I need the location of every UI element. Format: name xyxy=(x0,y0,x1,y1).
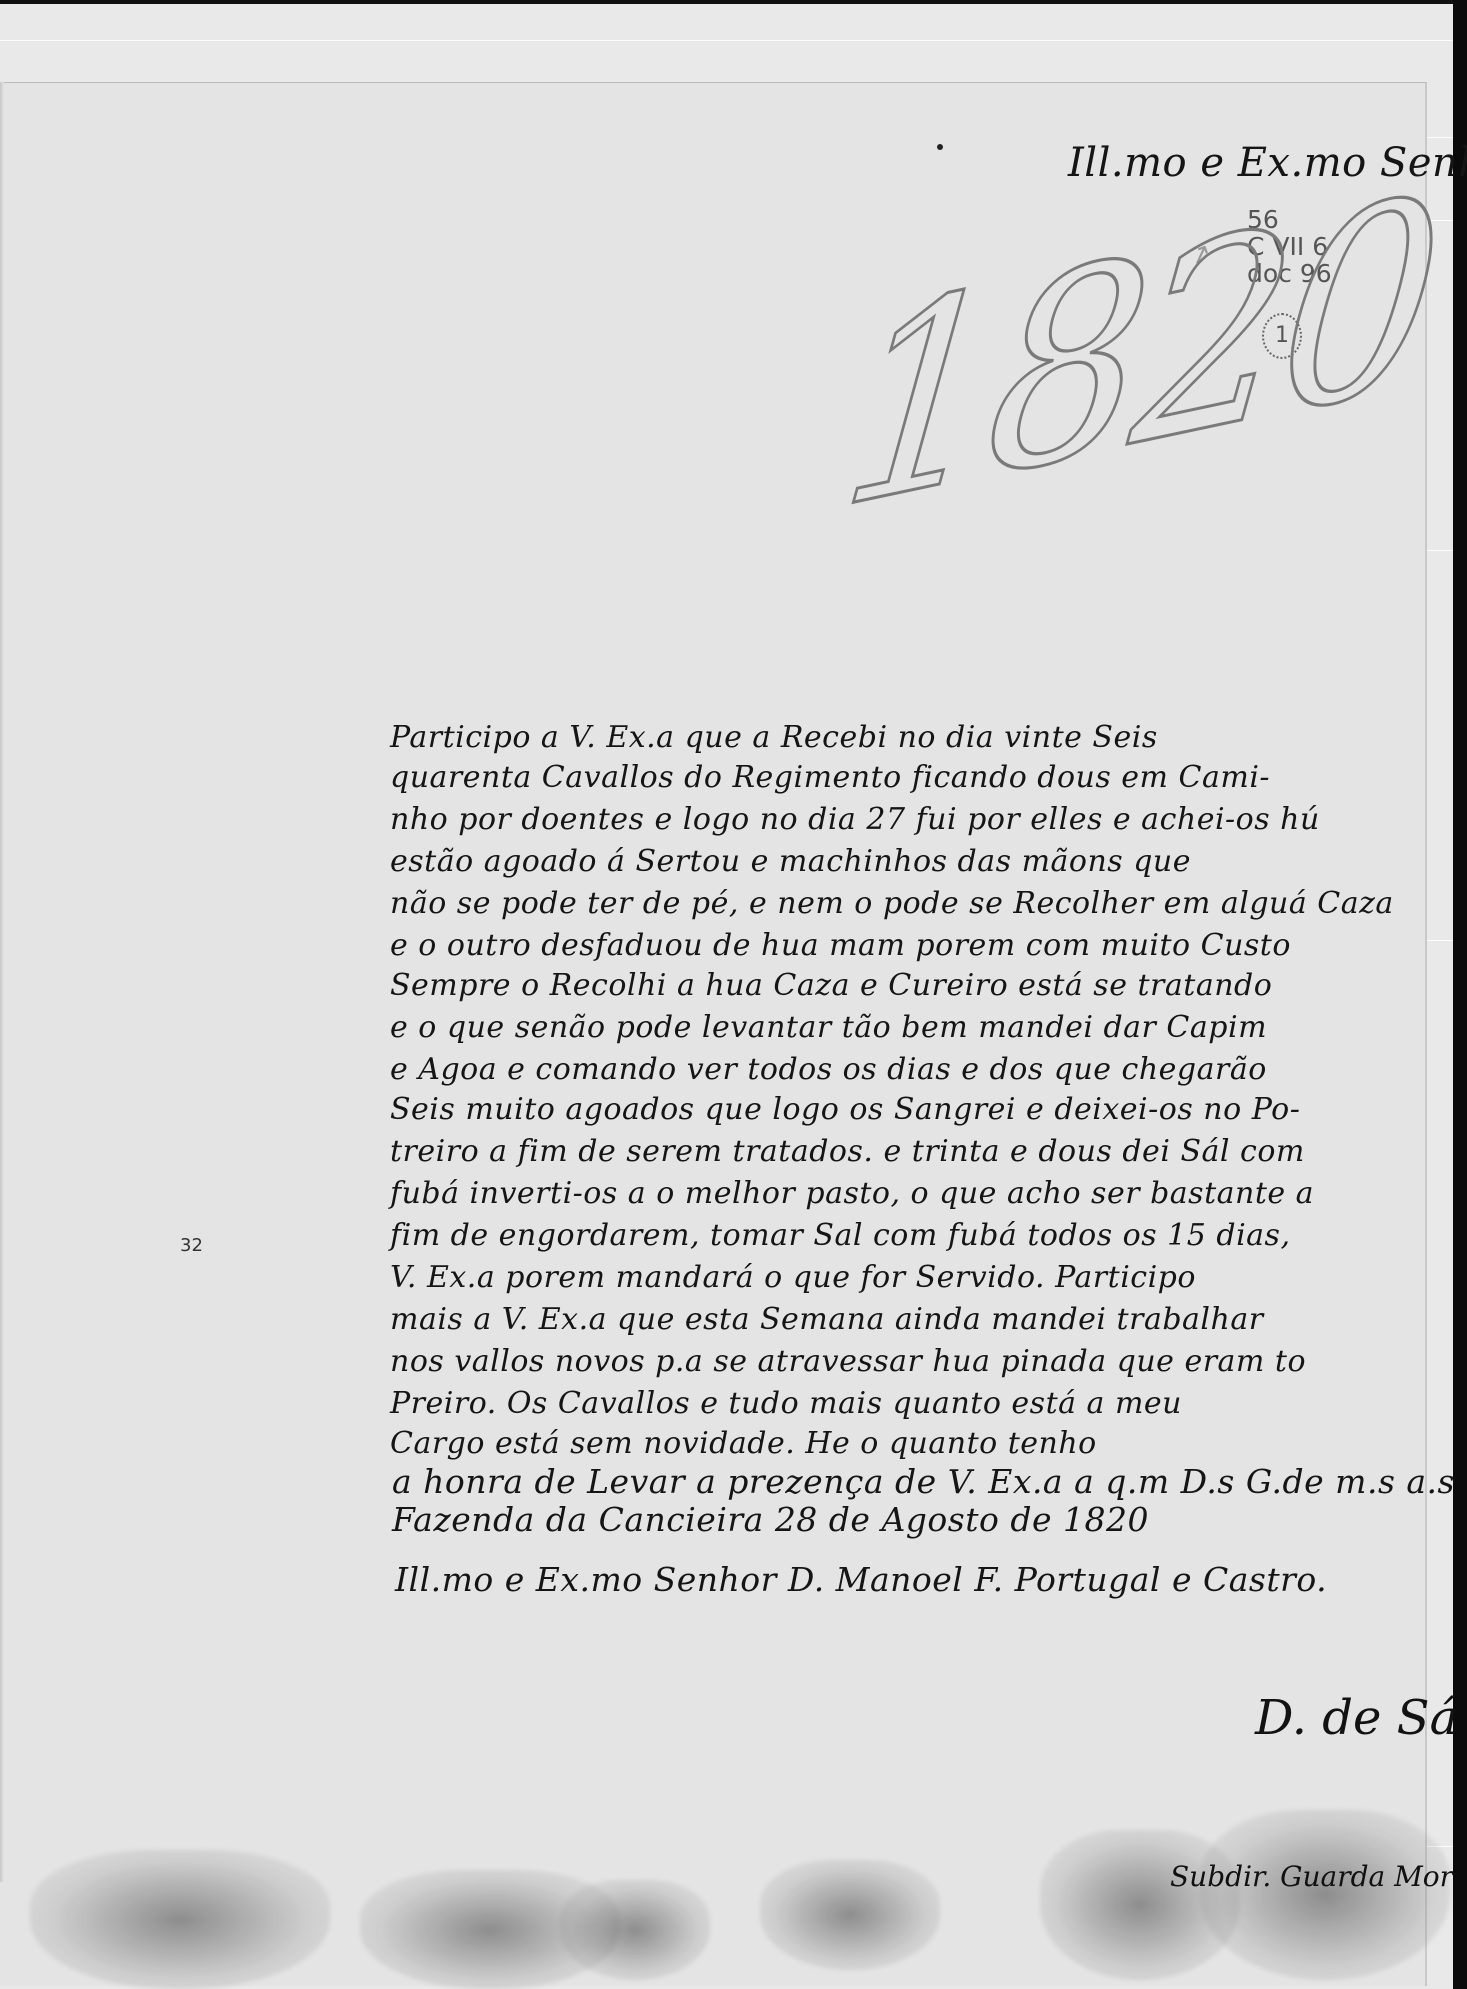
body-line: Cargo está sem novidade. He o quanto ten… xyxy=(390,1424,1097,1464)
subscription-signature: Subdir. Guarda Mor xyxy=(1170,1860,1453,1893)
body-line: treiro a fim de serem tratados. e trinta… xyxy=(390,1132,1305,1172)
margin-page-number: 32 xyxy=(180,1235,203,1256)
body-line: estão agoado á Sertou e machinhos das mã… xyxy=(390,842,1191,882)
body-line: fubá inverti-os a o melhor pasto, o que … xyxy=(390,1174,1314,1214)
body-line: Participo a V. Ex.a que a Recebi no dia … xyxy=(390,718,1158,758)
body-line: Seis muito agoados que logo os Sangrei e… xyxy=(390,1090,1300,1130)
body-line: Sempre o Recolhi a hua Caza e Cureiro es… xyxy=(390,966,1272,1006)
closing-line: a honra de Levar a prezença de V. Ex.a a… xyxy=(392,1462,1455,1501)
date-line: Fazenda da Cancieira 28 de Agosto de 182… xyxy=(392,1500,1149,1539)
body-line: não se pode ter de pé, e nem o pode se R… xyxy=(390,884,1394,924)
body-line: quarenta Cavallos do Regimento ficando d… xyxy=(390,758,1270,798)
ink-dot xyxy=(937,144,943,150)
body-line: V. Ex.a porem mandará o que for Servido.… xyxy=(390,1258,1196,1298)
scan-line xyxy=(0,40,1453,41)
body-line: mais a V. Ex.a que esta Semana ainda man… xyxy=(390,1300,1264,1340)
body-line: nho por doentes e logo no dia 27 fui por… xyxy=(390,800,1320,840)
body-line: fim de engordarem, tomar Sal com fubá to… xyxy=(390,1216,1291,1256)
initials-signature: D. de Sá xyxy=(1255,1690,1458,1746)
page-edge xyxy=(0,82,4,1882)
addressee: Ill.mo e Ex.mo Senhor D. Manoel F. Portu… xyxy=(395,1560,1327,1599)
body-line: nos vallos novos p.a se atravessar hua p… xyxy=(390,1342,1306,1382)
body-line: e Agoa e comando ver todos os dias e dos… xyxy=(390,1050,1267,1090)
body-line: Preiro. Os Cavallos e tudo mais quanto e… xyxy=(390,1384,1182,1424)
body-line: e o outro desfaduou de hua mam porem com… xyxy=(390,926,1291,966)
body-line: e o que senão pode levantar tão bem mand… xyxy=(390,1008,1267,1048)
